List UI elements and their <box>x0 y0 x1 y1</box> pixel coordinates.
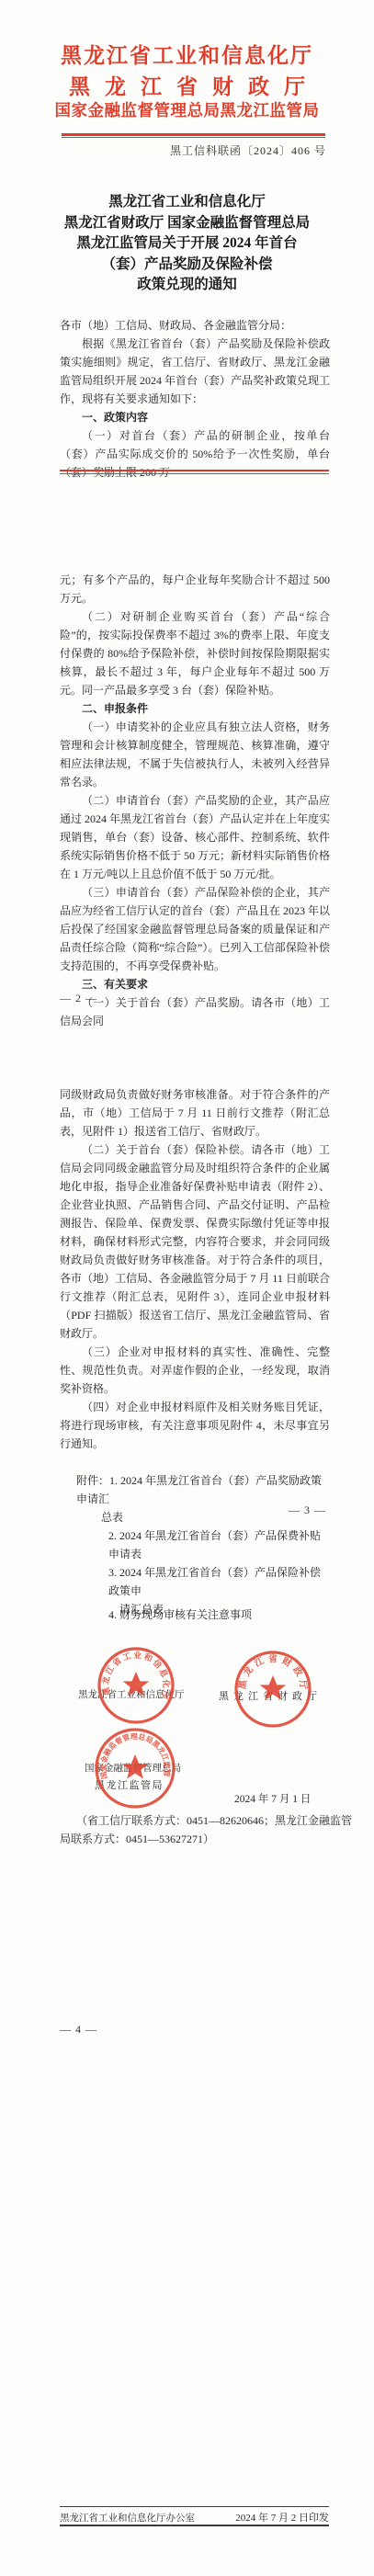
page3-body: 同级财政局负责做好财务审核准备。对于符合条件的产品，市（地）工信局于 7 月 1… <box>60 1085 330 1618</box>
signer-nfra-line-2: 黑龙江监管局 <box>95 1777 164 1792</box>
page-number-3: — 3 — <box>289 1504 326 1517</box>
paragraph-3-1-continued: 同级财政局负责做好财务审核准备。对于符合条件的产品，市（地）工信局于 7 月 1… <box>60 1085 330 1140</box>
contact-info-line-1: （省工信厅联系方式：0451—82620646；黑龙江金融监管 <box>76 1812 352 1828</box>
attachment-item-2: 2. 2024 年黑龙江省首台（套）产品保费补贴申请表 <box>108 1526 330 1563</box>
letterhead-agency-2: 黑龙江省财政厅 <box>0 70 374 100</box>
signer-miit: 黑龙江省工业和信息化厅 <box>78 1687 185 1701</box>
paragraph-3-1-start: （一）关于首台（套）产品奖励。请各市（地）工信局会同 <box>60 993 330 1030</box>
paragraph-2-1: （一）申请奖补的企业应具有独立法人资格，财务管理和会计核算制度健全，管理规范、核… <box>60 718 330 791</box>
paragraph-2-3: （三）申请首台（套）产品保险补偿的企业，其产品应为经省工信厅认定的首台（套）产品… <box>60 883 330 975</box>
attachment-list: 附件：1. 2024 年黑龙江省首台（套）产品奖励政策申请汇 总表 2. 202… <box>60 1471 330 1618</box>
print-date: 2024 年 7 月 2 日印发 <box>235 2510 329 2525</box>
svg-text:黑龙江省财政厅: 黑龙江省财政厅 <box>236 1652 311 1690</box>
signer-finance: 黑龙江省财政厅 <box>219 1688 322 1703</box>
scanned-official-document: 黑龙江省工业和信息化厅 黑龙江省财政厅 国家金融监督管理总局黑龙江监管局 黑工信… <box>0 0 374 2576</box>
signer-nfra-line-1: 国家金融监督管理总局 <box>85 1761 181 1775</box>
attachment-item-3-line-1: 3. 2024 年黑龙江省首台（套）产品保险补偿政策申 <box>108 1563 330 1600</box>
issuing-office: 黑龙江省工业和信息化厅办公室 <box>60 2511 195 2525</box>
title-line-3: 黑龙江监管局关于开展 2024 年首台 <box>0 233 374 255</box>
intro-paragraph: 根据《黑龙江省首台（套）产品奖励及保险补偿政策实施细则》规定，省工信厅、省财政厅… <box>60 335 330 408</box>
page1-body: 各市（地）工信局、财政局、各金融监管分局： 根据《黑龙江省首台（套）产品奖励及保… <box>60 316 330 482</box>
section2-heading: 二、申报条件 <box>60 699 330 718</box>
page-number-4: — 4 — <box>60 2023 97 2037</box>
document-number: 黑工信科联函〔2024〕406 号 <box>170 142 326 158</box>
salutation: 各市（地）工信局、财政局、各金融监管分局： <box>60 316 330 335</box>
letterhead-red-rule <box>62 133 325 138</box>
title-line-2: 黑龙江省财政厅 国家金融监督管理总局 <box>0 213 374 234</box>
page2-body: 元；有多个产品的，每户企业每年奖励合计不超过 500 万元。 （二）对研制企业购… <box>60 571 330 1030</box>
paragraph-3-3: （三）企业对申报材料的真实性、准确性、完整性、规范性负责。对弄虚作假的企业，一经… <box>60 1343 330 1398</box>
colophon-bottom-rule <box>60 2525 329 2526</box>
paragraph-1-2: （二）对研制企业购买首台（套）产品“综合险”的，按实际投保费率不超过 3%的费率… <box>60 607 330 699</box>
document-title: 黑龙江省工业和信息化厅 黑龙江省财政厅 国家金融监督管理总局 黑龙江监管局关于开… <box>0 192 374 296</box>
contact-info-line-2: 局联系方式：0451—53627271） <box>60 1831 214 1846</box>
attachment-item-1-line-1: 附件：1. 2024 年黑龙江省首台（套）产品奖励政策申请汇 <box>76 1471 330 1508</box>
page1-bottom-red-rule <box>60 470 329 474</box>
title-line-4: （套）产品奖励及保险补偿 <box>0 255 374 276</box>
official-seals: 黑龙江省工业和信息化厅 黑龙江省财政厅 国家金融监督管理总局黑龙江监管局 <box>0 1641 374 1825</box>
letterhead-agency-3: 国家金融监督管理总局黑龙江监管局 <box>0 98 374 121</box>
paragraph-2-2: （二）申请首台（套）产品奖励的企业，其产品应通过 2024 年黑龙江省首台（套）… <box>60 791 330 883</box>
section1-heading: 一、政策内容 <box>60 408 330 426</box>
title-line-1: 黑龙江省工业和信息化厅 <box>0 192 374 213</box>
letterhead-agency-1: 黑龙江省工业和信息化厅 <box>0 39 374 69</box>
colophon: 黑龙江省工业和信息化厅办公室 2024 年 7 月 2 日印发 <box>60 2510 329 2525</box>
attachment-item-4: 4. 财务现场审核有关注意事项 <box>108 1606 252 1622</box>
paragraph-3-4: （四）对企业申报材料原件及相关财务账目凭证，将进行现场审核，有关注意事项见附件 … <box>60 1398 330 1453</box>
paragraph-1-1-continued: 元；有多个产品的，每户企业每年奖励合计不超过 500 万元。 <box>60 571 330 607</box>
paragraph-3-2: （二）关于首台（套）保险补偿。请各市（地）工信局会同同级金融监管分局及时组织符合… <box>60 1140 330 1343</box>
section3-heading: 三、有关要求 <box>60 975 330 993</box>
page-number-2: — 2 — <box>60 992 97 1005</box>
seal-miit-icon: 黑龙江省工业和信息化厅 <box>99 1649 173 1722</box>
colophon-top-rule <box>60 2506 329 2507</box>
signature-date: 2024 年 7 月 1 日 <box>234 1791 311 1806</box>
title-line-5: 政策兑现的通知 <box>0 275 374 296</box>
